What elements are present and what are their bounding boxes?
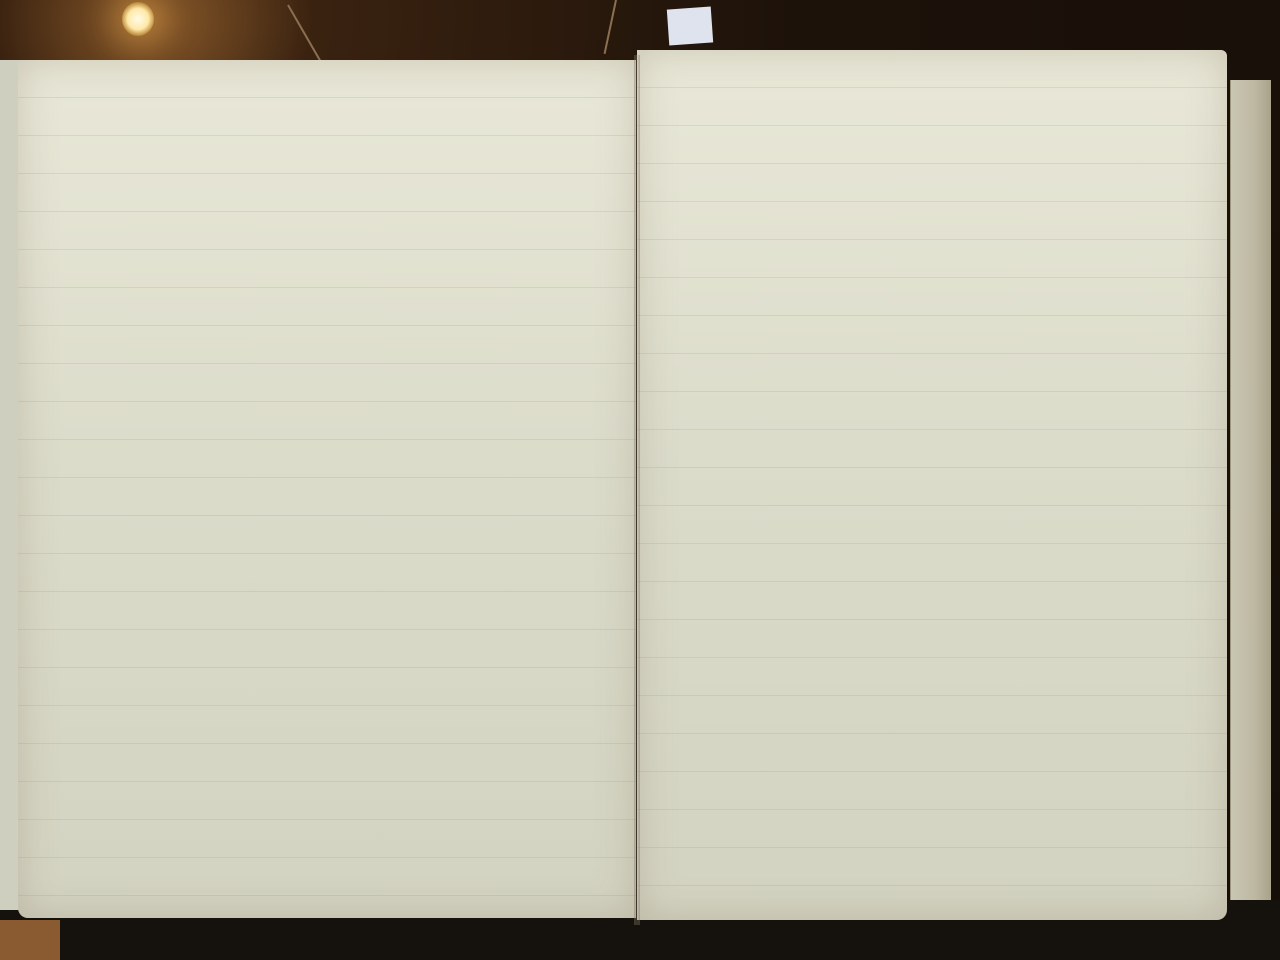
left-page [18, 60, 636, 918]
paper-tag [667, 7, 713, 46]
lamp-light [122, 2, 154, 36]
right-page-stack [1230, 80, 1271, 900]
book-gutter [634, 55, 640, 925]
right-page [637, 50, 1227, 920]
hanging-string [287, 5, 324, 67]
table-cloth [0, 920, 60, 960]
hanging-string [604, 0, 617, 54]
